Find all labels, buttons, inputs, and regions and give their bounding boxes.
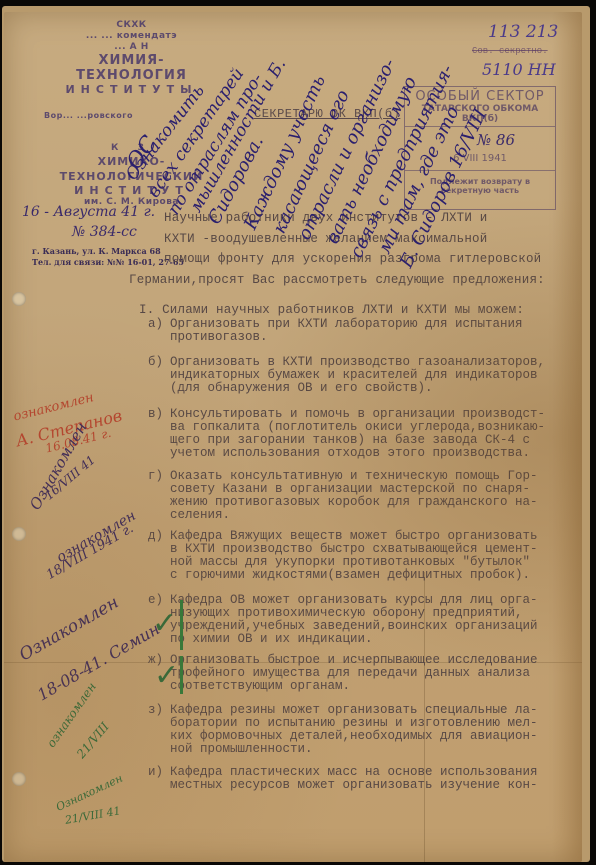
- letterhead-line: ... ... комендатэ: [44, 31, 219, 42]
- punch-hole: [12, 292, 26, 306]
- item-text: Организовать в КХТИ производство газоана…: [170, 356, 582, 395]
- letter-number: № 384-сс: [72, 224, 137, 240]
- proposal-item: е) Кафедра ОВ может организовать курсы д…: [170, 594, 582, 646]
- proposal-item: а) Организовать при КХТИ лабораторию для…: [170, 318, 582, 344]
- letterhead-line: СКХК: [44, 20, 219, 31]
- proposal-item: г) Оказать консультативную и техническую…: [170, 470, 582, 522]
- item-text: Кафедра Вяжущих веществ может быстро орг…: [170, 530, 582, 582]
- check-mark-icon: ✓: [154, 658, 179, 693]
- item-label: з): [148, 704, 163, 717]
- proposal-item: б) Организовать в КХТИ производство газо…: [170, 356, 582, 395]
- green-margin-bar: [180, 600, 183, 650]
- letter-date: 16 - Августа 41 г.: [22, 204, 155, 220]
- letterhead-phone: Тел. для связи: №№ 16-01, 27-65: [32, 257, 184, 267]
- punch-hole: [12, 772, 26, 786]
- item-text: Кафедра ОВ может организовать курсы для …: [170, 594, 582, 646]
- section-heading: I. Силами научных работников ЛХТИ и КХТИ…: [139, 304, 579, 318]
- letterhead-address: г. Казань, ул. К. Маркса 68: [32, 246, 161, 256]
- green-note-date: 21/VIII: [74, 720, 112, 761]
- punch-hole: [12, 527, 26, 541]
- item-text: Организовать быстрое и исчерпывающее исс…: [170, 654, 582, 693]
- item-text: Кафедра резины может организовать специа…: [170, 704, 582, 756]
- proposal-item: д) Кафедра Вяжущих веществ может быстро …: [170, 530, 582, 582]
- proposal-item: ж) Организовать быстрое и исчерпывающее …: [170, 654, 582, 693]
- item-text: Консультировать и помочь в организации п…: [170, 408, 582, 460]
- intro-line: Германии,просят Вас рассмотреть следующи…: [129, 274, 574, 288]
- item-label: б): [148, 356, 163, 369]
- item-label: в): [148, 408, 163, 421]
- green-margin-bar: [180, 656, 183, 694]
- item-label: г): [148, 470, 163, 483]
- item-text: Кафедра пластических масс на основе испо…: [170, 766, 582, 792]
- document-page: СКХК ... ... комендатэ ... А Н ХИМИЯ-ТЕХ…: [4, 12, 582, 862]
- letterhead-line: ХИМИЯ-ТЕХНОЛОГИЯ: [44, 53, 219, 83]
- intro-line: помощи фронту для ускорения разгрома гит…: [164, 253, 574, 267]
- item-label: д): [148, 530, 163, 543]
- item-text: Оказать консультативную и техническую по…: [170, 470, 582, 522]
- item-label: и): [148, 766, 163, 779]
- proposal-item: и) Кафедра пластических масс на основе и…: [170, 766, 582, 792]
- archive-number: 113 213: [488, 22, 558, 42]
- item-text: Организовать при КХТИ лабораторию для ис…: [170, 318, 582, 344]
- proposal-item: в) Консультировать и помочь в организаци…: [170, 408, 582, 460]
- archive-number-2: 5110 НН: [482, 60, 556, 79]
- letterhead-line: ... А Н: [44, 42, 219, 53]
- proposal-item: з) Кафедра резины может организовать спе…: [170, 704, 582, 756]
- item-label: а): [148, 318, 163, 331]
- secrecy-label-struck: Сов. секретно.: [472, 46, 548, 56]
